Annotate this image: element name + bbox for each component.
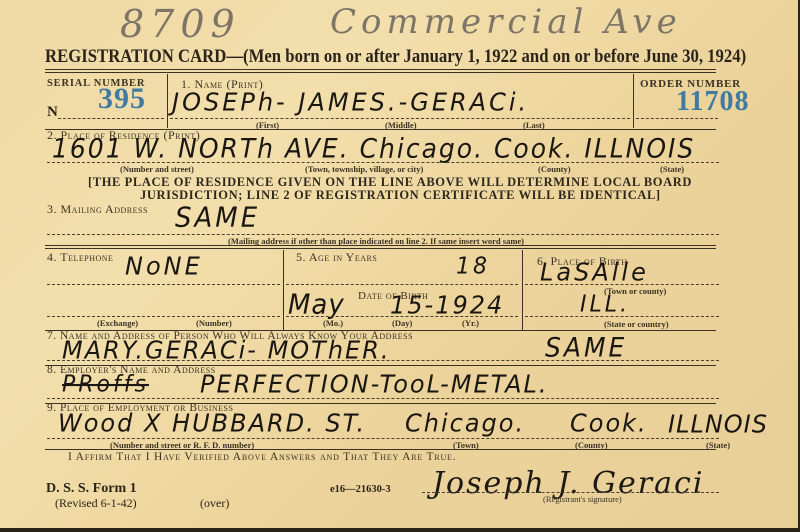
order-number-value: 11708 <box>676 86 749 118</box>
name-line <box>170 118 630 119</box>
sub-year: (Yr.) <box>462 318 479 328</box>
birthplace-state-line <box>525 316 719 317</box>
sub-state: (State) <box>660 164 684 174</box>
divider <box>45 449 716 450</box>
sub-exchange: (Exchange) <box>97 318 138 328</box>
age-label: 5. Age in Years <box>296 250 377 265</box>
registrant-name: JOSEPh- JAMES.-GERACi. <box>172 87 529 116</box>
birthplace-state: ILL. <box>580 291 630 317</box>
mailing-label: 3. Mailing Address <box>47 202 148 217</box>
telephone-line-2 <box>47 316 280 317</box>
pencil-note-number: 8709 <box>120 2 241 46</box>
employer-line <box>47 398 719 399</box>
divider <box>633 74 634 128</box>
age-line <box>286 284 518 285</box>
print-code: e16—21630-3 <box>330 484 391 495</box>
over-note: (over) <box>200 496 229 511</box>
jurisdiction-notice-2: JURISDICTION; LINE 2 OF REGISTRATION CER… <box>140 188 661 203</box>
birthplace-town: LaSAlle <box>540 257 649 286</box>
affirmation-text: I Affirm That I Have Verified Above Answ… <box>68 451 456 463</box>
residence-value: 1601 W. NORTh AVE. Chicago. Cook. ILLNOI… <box>52 133 695 163</box>
divider <box>45 72 716 73</box>
telephone-line-1 <box>47 284 280 285</box>
employment-street: Wood X HUBBARD. ST. <box>58 408 366 437</box>
sub-month: (Mo.) <box>323 318 343 328</box>
divider <box>167 74 168 128</box>
contact-address: SAME <box>545 332 627 362</box>
signature-line <box>422 492 719 493</box>
telephone-value: NoNE <box>125 251 203 280</box>
employer-value: PERFECTION-TooL-METAL. <box>200 369 549 398</box>
employment-line <box>47 438 719 439</box>
serial-number-value: 395 <box>98 82 146 116</box>
mailing-line <box>47 234 719 235</box>
sub-county: (County) <box>538 164 571 174</box>
signature-label: (Registrant's signature) <box>543 494 622 504</box>
contact-line <box>47 360 719 361</box>
sub-number: (Number) <box>196 318 232 328</box>
mailing-value: SAME <box>175 202 260 234</box>
employer-struck: PRoffs <box>62 371 149 397</box>
employment-town: Chicago. <box>405 408 525 437</box>
divider <box>283 250 284 330</box>
employment-state: ILLNOIS <box>668 409 768 438</box>
birthplace-town-line <box>525 284 719 285</box>
residence-line <box>47 162 719 163</box>
form-number: D. S. S. Form 1 <box>46 481 137 497</box>
registration-card: 8709 Commercial Ave REGISTRATION CARD—(M… <box>0 0 800 532</box>
form-revised: (Revised 6-1-42) <box>55 496 137 511</box>
dob-line <box>286 316 518 317</box>
card-title: REGISTRATION CARD—(Men born on or after … <box>45 46 746 68</box>
divider <box>45 248 716 249</box>
age-value: 18 <box>456 253 490 279</box>
sub-street: (Number and street) <box>120 164 194 174</box>
sub-town: (Town, township, village, or city) <box>305 164 423 174</box>
employment-county: Cook. <box>570 408 648 437</box>
divider <box>45 69 716 70</box>
order-line <box>636 118 718 119</box>
sub-birth-state: (State or country) <box>604 319 669 329</box>
serial-prefix: N <box>47 104 58 121</box>
divider <box>45 245 716 246</box>
serial-line <box>58 118 164 119</box>
sub-day: (Day) <box>392 318 412 328</box>
divider <box>522 250 523 330</box>
telephone-label: 4. Telephone <box>47 250 113 265</box>
pencil-note-street: Commercial Ave <box>330 2 682 42</box>
